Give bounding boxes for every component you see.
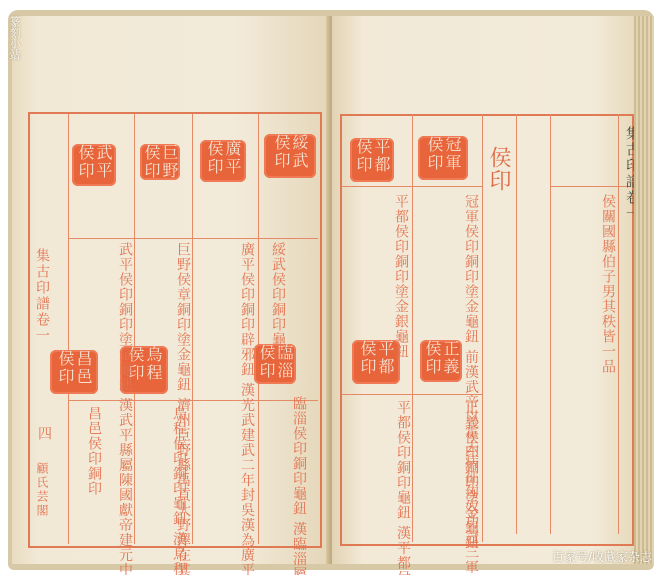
divider (482, 114, 483, 542)
publisher-mark: 顧氏芸閣 (34, 462, 51, 518)
entry-text: 巨野侯章銅印塗金龜鈕 濟州巨野縣禹貢大野澤在其東北兩漢屬山陽郡 (140, 242, 190, 352)
seal-stamp: 廣平侯印 (200, 140, 246, 182)
watermark-top-left: 篆刻小站 (6, 16, 22, 60)
entry-text: 平都侯印銅印龜鈕 漢平都侯國屬豫章郡 (358, 400, 410, 530)
entry-text: 臨淄侯印銅印龜鈕 漢臨淄屬齊郡 (274, 396, 306, 516)
entry-text: 綏武侯印銅印龜鈕 (270, 242, 285, 352)
right-page: 冠軍侯印 平都侯印 正義侯印 平都侯印 侯印 冠軍侯印銅印塗金龜鈕 前漢武帝以霍… (332, 16, 638, 564)
seal-stamp: 綏武侯印 (264, 134, 316, 178)
entry-text: 廣平侯印銅印辟邪鈕 漢光武建武二年封吳漢為廣平侯食邑廣平漳曲周廣年四縣廣平故城在… (198, 242, 254, 442)
entry-text: 平都侯印銅印塗金銀龜鈕 (372, 194, 408, 304)
entry-text: 昌邑侯印銅印 (86, 406, 101, 506)
entry-text: 武平侯印銅印塗金龜鈕 漢武平縣屬陳國獻帝建元中曹操為大將軍武平侯 (74, 242, 132, 352)
seal-stamp: 巨野侯印 (140, 144, 180, 180)
seal-stamp: 武平侯印 (72, 144, 116, 186)
open-book: 綏武侯印 廣平侯印 巨野侯印 武平侯印 臨淄侯印 烏程侯印 昌邑侯印 綏武侯印銅… (8, 10, 654, 570)
divider (516, 114, 517, 534)
seal-stamp: 冠軍侯印 (418, 136, 468, 180)
divider (134, 114, 135, 544)
page-edges (634, 16, 654, 564)
divider (68, 114, 69, 544)
divider (192, 114, 193, 544)
divider (618, 114, 619, 534)
seal-stamp: 昌邑侯印 (50, 350, 98, 394)
left-page: 綏武侯印 廣平侯印 巨野侯印 武平侯印 臨淄侯印 烏程侯印 昌邑侯印 綏武侯印銅… (12, 16, 330, 564)
watermark-bottom-right: 百家号/收藏家杂志 (552, 548, 652, 565)
seal-stamp: 平都侯印 (350, 138, 394, 182)
seal-stamp: 正義侯印 (420, 340, 462, 382)
section-intro: 侯關國縣伯子男其秩皆一品 (600, 194, 615, 414)
section-heading: 侯印 (486, 146, 510, 192)
divider (550, 114, 551, 534)
entry-text: 烏程侯印銅印龜鈕 漢烏程屬會稽郡 (152, 406, 186, 536)
entry-text: 正義侯印銅印塗金龜鈕 (442, 400, 478, 530)
divider (258, 114, 259, 544)
book-photo: 綏武侯印 廣平侯印 巨野侯印 武平侯印 臨淄侯印 烏程侯印 昌邑侯印 綏武侯印銅… (0, 0, 660, 575)
divider (68, 238, 318, 239)
entry-text: 冠軍侯印銅印塗金龜鈕 前漢武帝以霍去病征匈奴功冠三軍封冠軍侯 (416, 194, 478, 334)
running-title: 集古印譜卷一 (32, 248, 52, 388)
divider (412, 114, 413, 542)
page-number: 四 (34, 426, 54, 442)
